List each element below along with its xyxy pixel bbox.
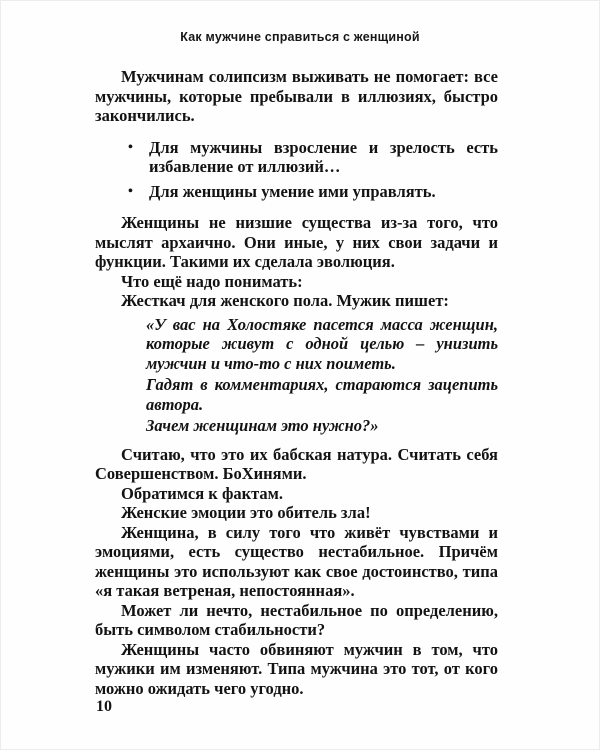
book-page: Как мужчине справиться с женщиной Мужчин… bbox=[0, 0, 600, 750]
quote-paragraph: Гадят в комментариях, стараются зацепить… bbox=[146, 375, 498, 414]
bullet-item: • Для мужчины взросление и зрелость есть… bbox=[149, 138, 498, 177]
page-number: 10 bbox=[96, 698, 112, 716]
quote-paragraph: «У вас на Холостяке пасется масса женщин… bbox=[146, 315, 498, 374]
running-header: Как мужчине справиться с женщиной bbox=[1, 30, 599, 44]
bullet-item: • Для женщины умение ими управлять. bbox=[149, 182, 498, 202]
paragraph-blame: Женщины часто обвиняют мужчин в том, что… bbox=[95, 640, 498, 699]
paragraph-emotions: Женские эмоции это обитель зла! bbox=[95, 503, 498, 523]
bullet-item-text: Для мужчины взросление и зрелость есть и… bbox=[149, 138, 498, 177]
paragraph-babskaya-natura: Считаю, что это их бабская натура. Счита… bbox=[95, 445, 498, 484]
paragraph-what-to-understand: Что ещё надо понимать: bbox=[95, 272, 498, 292]
paragraph-intro: Мужчинам солипсизм выживать не помогает:… bbox=[95, 67, 498, 126]
paragraph-symbol-of-stability: Может ли нечто, нестабильное по определе… bbox=[95, 601, 498, 640]
bullet-dot-icon: • bbox=[128, 138, 133, 158]
bullet-list: • Для мужчины взросление и зрелость есть… bbox=[95, 138, 498, 202]
quote-paragraph: Зачем женщинам это нужно?» bbox=[146, 416, 498, 436]
paragraph-zhestkach: Жесткач для женского пола. Мужик пишет: bbox=[95, 291, 498, 311]
paragraph-women-not-inferior: Женщины не низшие существа из-за того, ч… bbox=[95, 213, 498, 272]
quote-block: «У вас на Холостяке пасется масса женщин… bbox=[146, 315, 498, 436]
paragraph-facts: Обратимся к фактам. bbox=[95, 484, 498, 504]
page-body: Мужчинам солипсизм выживать не помогает:… bbox=[95, 67, 498, 698]
bullet-dot-icon: • bbox=[128, 182, 133, 202]
bullet-item-text: Для женщины умение ими управлять. bbox=[149, 182, 436, 201]
paragraph-unstable: Женщина, в силу того что живёт чувствами… bbox=[95, 523, 498, 601]
